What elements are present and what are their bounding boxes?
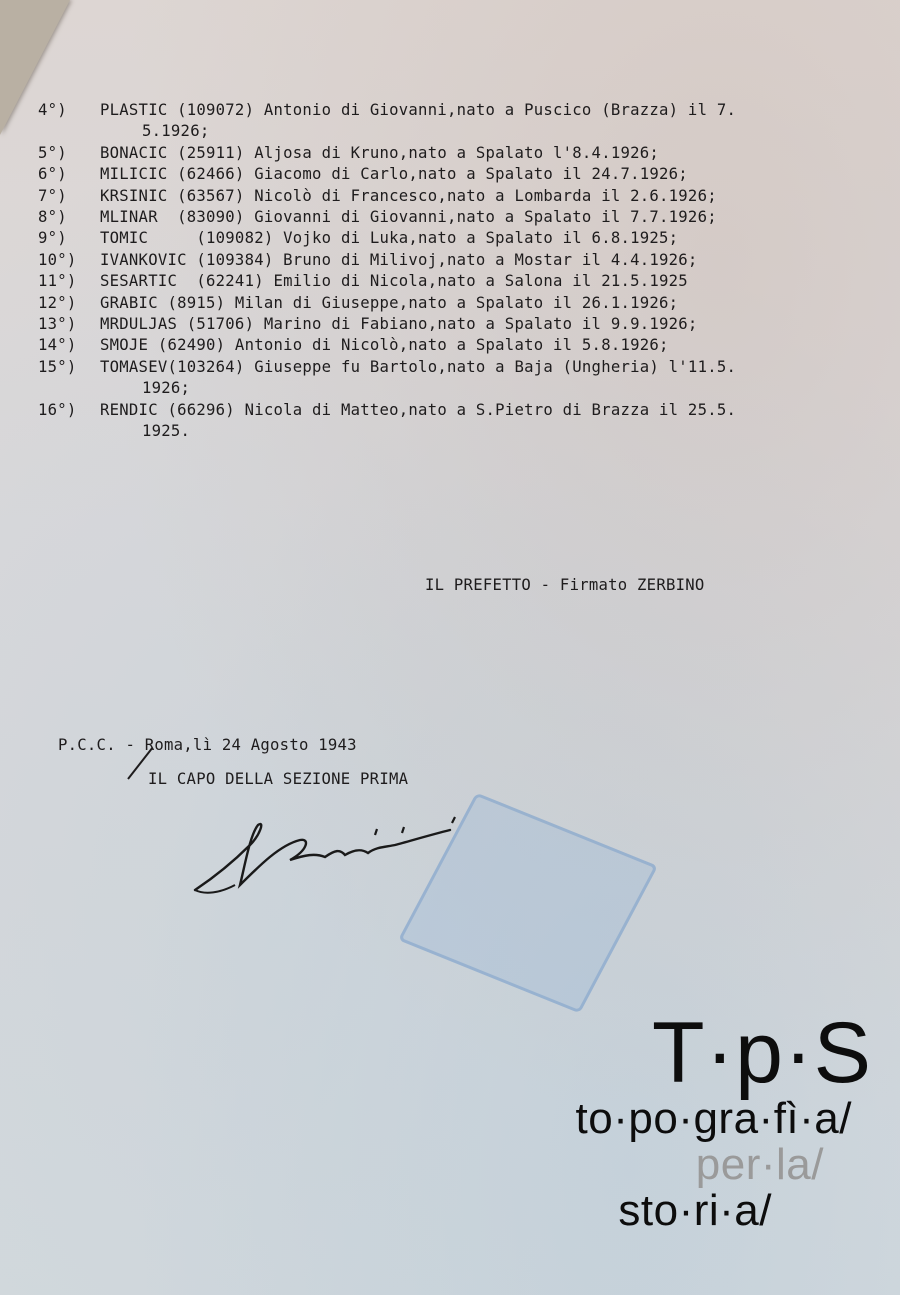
list-item: 12°)GRABIC (8915) Milan di Giuseppe,nato…	[38, 296, 678, 312]
list-item: 4°)PLASTIC (109072) Antonio di Giovanni,…	[38, 103, 736, 119]
entry-text: TOMASEV(103264) Giuseppe fu Bartolo,nato…	[100, 358, 736, 376]
list-item: 16°)RENDIC (66296) Nicola di Matteo,nato…	[38, 403, 736, 419]
entry-number: 9°)	[38, 231, 100, 247]
entry-number: 11°)	[38, 274, 100, 290]
entry-text: BONACIC (25911) Aljosa di Kruno,nato a S…	[100, 144, 659, 162]
entry-number: 15°)	[38, 360, 100, 376]
list-item: 6°)MILICIC (62466) Giacomo di Carlo,nato…	[38, 167, 688, 183]
list-item: 7°)KRSINIC (63567) Nicolò di Francesco,n…	[38, 189, 717, 205]
entry-text: MRDULJAS (51706) Marino di Fabiano,nato …	[100, 315, 698, 333]
logo-line-storia: sto·ri·a/	[496, 1188, 772, 1234]
entry-continuation: 1926;	[142, 381, 190, 397]
entry-text: PLASTIC (109072) Antonio di Giovanni,nat…	[100, 101, 736, 119]
tps-watermark-logo: T·p·S to·po·gra·fì·a/ per·la/ sto·ri·a/	[596, 1010, 872, 1235]
place-date-line: P.C.C. - Roma,lì 24 Agosto 1943	[58, 738, 357, 754]
prefetto-signature-line: IL PREFETTO - Firmato ZERBINO	[425, 578, 705, 594]
entry-text: KRSINIC (63567) Nicolò di Francesco,nato…	[100, 187, 717, 205]
entry-continuation: 5.1926;	[142, 124, 209, 140]
entry-text: GRABIC (8915) Milan di Giuseppe,nato a S…	[100, 294, 678, 312]
entry-number: 13°)	[38, 317, 100, 333]
handwritten-signature	[190, 805, 470, 900]
list-item: 8°)MLINAR (83090) Giovanni di Giovanni,n…	[38, 210, 717, 226]
entry-text: IVANKOVIC (109384) Bruno di Milivoj,nato…	[100, 251, 698, 269]
entry-number: 7°)	[38, 189, 100, 205]
list-item: 9°)TOMIC (109082) Vojko di Luka,nato a S…	[38, 231, 678, 247]
entry-number: 5°)	[38, 146, 100, 162]
entry-text: RENDIC (66296) Nicola di Matteo,nato a S…	[100, 401, 736, 419]
entry-number: 12°)	[38, 296, 100, 312]
list-item: 11°)SESARTIC (62241) Emilio di Nicola,na…	[38, 274, 688, 290]
entry-number: 16°)	[38, 403, 100, 419]
entry-continuation: 1925.	[142, 424, 190, 440]
entry-text: SESARTIC (62241) Emilio di Nicola,nato a…	[100, 272, 688, 290]
entry-number: 14°)	[38, 338, 100, 354]
entry-number: 6°)	[38, 167, 100, 183]
entry-text: MILICIC (62466) Giacomo di Carlo,nato a …	[100, 165, 688, 183]
entry-text: SMOJE (62490) Antonio di Nicolò,nato a S…	[100, 336, 669, 354]
office-title: IL CAPO DELLA SEZIONE PRIMA	[148, 772, 408, 788]
list-item: 13°)MRDULJAS (51706) Marino di Fabiano,n…	[38, 317, 698, 333]
document-page: 4°)PLASTIC (109072) Antonio di Giovanni,…	[0, 0, 900, 1295]
list-item: 15°)TOMASEV(103264) Giuseppe fu Bartolo,…	[38, 360, 736, 376]
list-item: 5°)BONACIC (25911) Aljosa di Kruno,nato …	[38, 146, 659, 162]
logo-acronym: T·p·S	[596, 1010, 872, 1096]
entry-number: 4°)	[38, 103, 100, 119]
logo-line-topografia: to·po·gra·fì·a/	[576, 1096, 852, 1142]
list-item: 10°)IVANKOVIC (109384) Bruno di Milivoj,…	[38, 253, 698, 269]
logo-line-perla: per·la/	[548, 1142, 824, 1188]
entry-number: 10°)	[38, 253, 100, 269]
entry-number: 8°)	[38, 210, 100, 226]
list-item: 14°)SMOJE (62490) Antonio di Nicolò,nato…	[38, 338, 669, 354]
entry-text: TOMIC (109082) Vojko di Luka,nato a Spal…	[100, 229, 678, 247]
entry-text: MLINAR (83090) Giovanni di Giovanni,nato…	[100, 208, 717, 226]
